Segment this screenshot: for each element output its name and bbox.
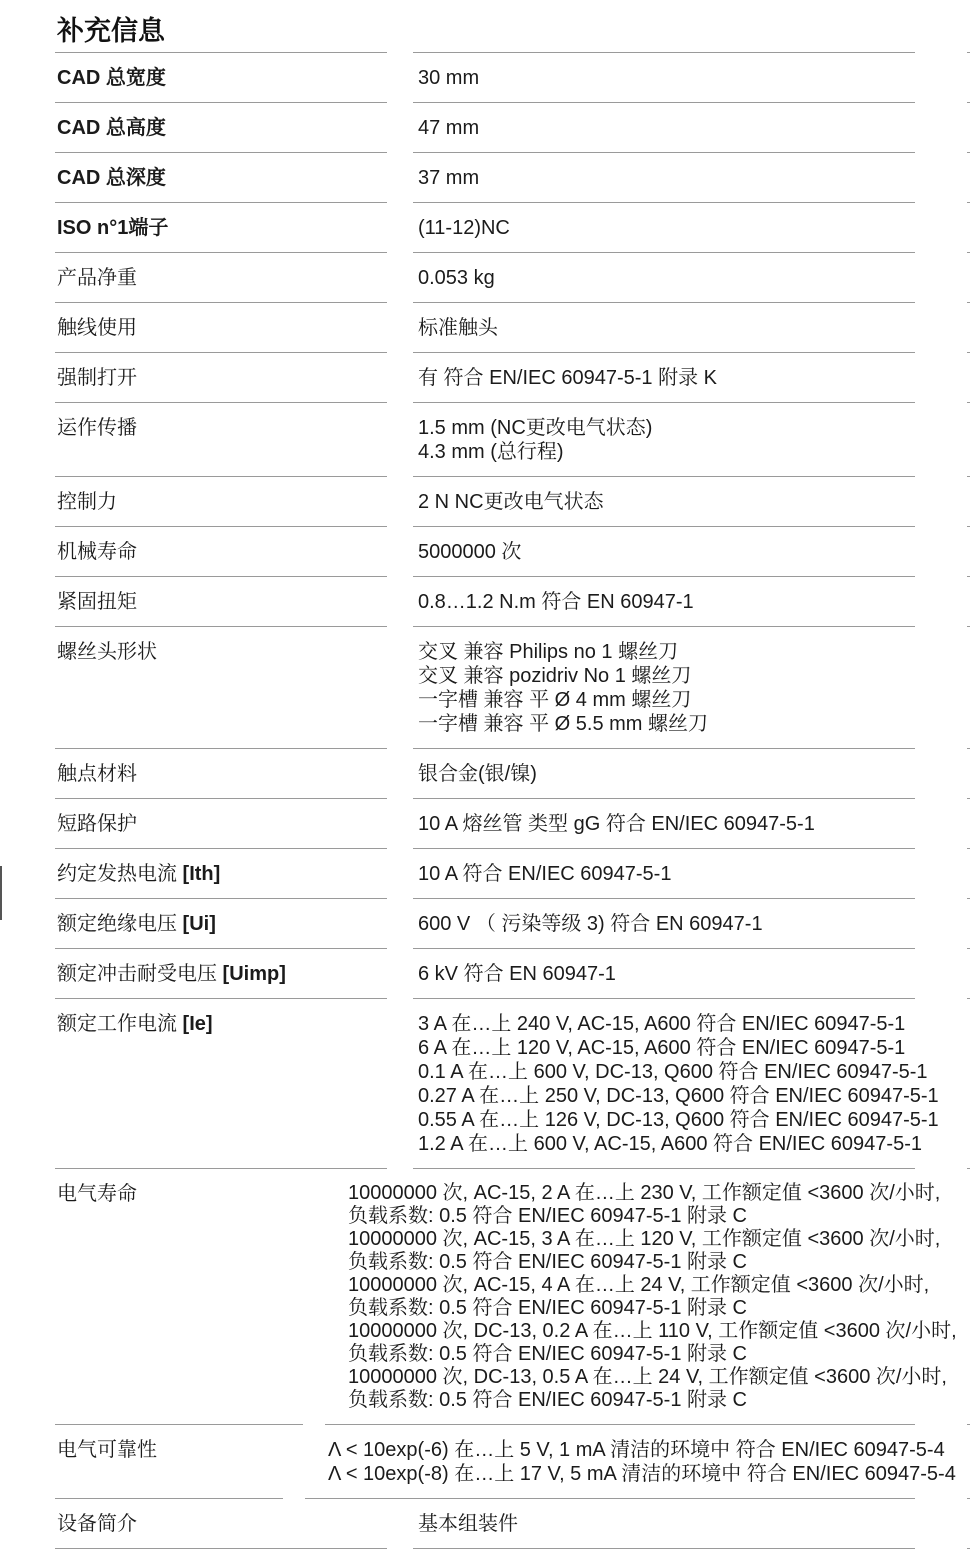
spec-label-text: 紧固扭矩 bbox=[57, 591, 137, 613]
supplementary-info-page: 补充信息 CAD 总宽度 30 mm CAD 总高度 47 mm CAD 总深度… bbox=[0, 0, 970, 1549]
spec-label: 触线使用 bbox=[55, 303, 387, 353]
spec-label-text: CAD 总高度 bbox=[57, 117, 166, 139]
spec-value-line: 银合金(银/镍) bbox=[418, 762, 915, 786]
spec-value-line: 0.27 A 在…上 250 V, DC-13, Q600 符合 EN/IEC … bbox=[418, 1084, 915, 1108]
spec-value-line: 6 A 在…上 120 V, AC-15, A600 符合 EN/IEC 609… bbox=[418, 1036, 915, 1060]
spec-row: 产品净重 0.053 kg bbox=[55, 253, 970, 303]
spec-value: 10 A 符合 EN/IEC 60947-5-1 bbox=[413, 849, 915, 899]
spec-value: 47 mm bbox=[413, 103, 915, 153]
spec-label-text: 额定绝缘电压 bbox=[57, 913, 177, 935]
spec-value-line: 负载系数: 0.5 符合 EN/IEC 60947-5-1 附录 C bbox=[348, 1343, 915, 1366]
spec-label: CAD 总宽度 bbox=[55, 53, 387, 103]
spec-label-text: 触点材料 bbox=[57, 763, 137, 785]
spec-value: 2 N NC更改电气状态 bbox=[413, 477, 915, 527]
spec-label: CAD 总深度 bbox=[55, 153, 387, 203]
page-title: 补充信息 bbox=[57, 16, 387, 46]
spec-value: 0.053 kg bbox=[413, 253, 915, 303]
spec-value-line: 0.053 kg bbox=[418, 266, 915, 290]
spec-value-line: 交叉 兼容 pozidriv No 1 螺丝刀 bbox=[418, 664, 915, 688]
spec-value-line: 5000000 次 bbox=[418, 540, 915, 564]
spec-label: 额定工作电流 [Ie] bbox=[55, 999, 387, 1169]
spec-value: 10000000 次, AC-15, 2 A 在…上 230 V, 工作额定值 … bbox=[325, 1169, 915, 1425]
spec-row: 触线使用 标准触头 bbox=[55, 303, 970, 353]
spec-row: 运作传播 1.5 mm (NC更改电气状态)4.3 mm (总行程) bbox=[55, 403, 970, 477]
spec-row: 约定发热电流 [Ith] 10 A 符合 EN/IEC 60947-5-1 bbox=[55, 849, 970, 899]
spec-label: 短路保护 bbox=[55, 799, 387, 849]
spec-label-text: 运作传播 bbox=[57, 417, 137, 439]
spec-label: 电气可靠性 bbox=[55, 1425, 283, 1499]
spec-value-line: 37 mm bbox=[418, 166, 915, 190]
spec-row: 螺丝头形状 交叉 兼容 Philips no 1 螺丝刀交叉 兼容 pozidr… bbox=[55, 627, 970, 749]
spec-label-symbol: [Ith] bbox=[177, 863, 220, 885]
spec-value-line: 0.1 A 在…上 600 V, DC-13, Q600 符合 EN/IEC 6… bbox=[418, 1060, 915, 1084]
spec-label-text: 短路保护 bbox=[57, 813, 137, 835]
spec-label-text: 控制力 bbox=[57, 491, 117, 513]
spec-value-line: 47 mm bbox=[418, 116, 915, 140]
spec-row: 触点材料 银合金(银/镍) bbox=[55, 749, 970, 799]
spec-label: 额定绝缘电压 [Ui] bbox=[55, 899, 387, 949]
spec-label: 机械寿命 bbox=[55, 527, 387, 577]
section-header-cell: 补充信息 bbox=[55, 0, 387, 53]
spec-label-text: 设备简介 bbox=[57, 1513, 137, 1535]
spec-label: CAD 总高度 bbox=[55, 103, 387, 153]
spec-value: 30 mm bbox=[413, 53, 915, 103]
spec-label-text: 额定冲击耐受电压 bbox=[57, 963, 217, 985]
spec-value-line: 标准触头 bbox=[418, 316, 915, 340]
spec-value-line: 基本组装件 bbox=[418, 1512, 915, 1536]
spec-value-line: 负载系数: 0.5 符合 EN/IEC 60947-5-1 附录 C bbox=[348, 1251, 915, 1274]
section-header: 补充信息 bbox=[55, 0, 970, 53]
spec-value-line: 1.2 A 在…上 600 V, AC-15, A600 符合 EN/IEC 6… bbox=[418, 1132, 915, 1156]
spec-label: 约定发热电流 [Ith] bbox=[55, 849, 387, 899]
spec-value-line: (11-12)NC bbox=[418, 216, 915, 240]
spec-label: 螺丝头形状 bbox=[55, 627, 387, 749]
spec-value-line: Λ < 10exp(-6) 在…上 5 V, 1 mA 清洁的环境中 符合 EN… bbox=[328, 1438, 915, 1462]
spec-value-line: 1.5 mm (NC更改电气状态) bbox=[418, 416, 915, 440]
left-edge-artifact bbox=[0, 866, 2, 920]
spec-value: 0.8…1.2 N.m 符合 EN 60947-1 bbox=[413, 577, 915, 627]
spec-value-line: 30 mm bbox=[418, 66, 915, 90]
spec-row: 机械寿命 5000000 次 bbox=[55, 527, 970, 577]
spec-table: CAD 总宽度 30 mm CAD 总高度 47 mm CAD 总深度 37 m… bbox=[0, 53, 970, 1549]
spec-row: 电气可靠性 Λ < 10exp(-6) 在…上 5 V, 1 mA 清洁的环境中… bbox=[55, 1425, 970, 1499]
spec-value: 1.5 mm (NC更改电气状态)4.3 mm (总行程) bbox=[413, 403, 915, 477]
spec-label: 产品净重 bbox=[55, 253, 387, 303]
spec-label-text: 约定发热电流 bbox=[57, 863, 177, 885]
spec-value-line: 10000000 次, AC-15, 3 A 在…上 120 V, 工作额定值 … bbox=[348, 1228, 915, 1251]
spec-row: 紧固扭矩 0.8…1.2 N.m 符合 EN 60947-1 bbox=[55, 577, 970, 627]
spec-label-text: 强制打开 bbox=[57, 367, 137, 389]
spec-value-line: 负载系数: 0.5 符合 EN/IEC 60947-5-1 附录 C bbox=[348, 1389, 915, 1412]
spec-value: 交叉 兼容 Philips no 1 螺丝刀交叉 兼容 pozidriv No … bbox=[413, 627, 915, 749]
section-header-divider bbox=[413, 0, 915, 53]
spec-label: 紧固扭矩 bbox=[55, 577, 387, 627]
spec-row: CAD 总宽度 30 mm bbox=[55, 53, 970, 103]
spec-label: 控制力 bbox=[55, 477, 387, 527]
spec-value: 10 A 熔丝管 类型 gG 符合 EN/IEC 60947-5-1 bbox=[413, 799, 915, 849]
spec-label-text: 触线使用 bbox=[57, 317, 137, 339]
spec-row: 额定工作电流 [Ie] 3 A 在…上 240 V, AC-15, A600 符… bbox=[55, 999, 970, 1169]
spec-label: 运作传播 bbox=[55, 403, 387, 477]
spec-value-line: 0.55 A 在…上 126 V, DC-13, Q600 符合 EN/IEC … bbox=[418, 1108, 915, 1132]
spec-label-symbol: [Ui] bbox=[177, 913, 216, 935]
spec-label-text: 螺丝头形状 bbox=[57, 641, 157, 663]
spec-value: 6 kV 符合 EN 60947-1 bbox=[413, 949, 915, 999]
spec-value-line: 10000000 次, DC-13, 0.5 A 在…上 24 V, 工作额定值… bbox=[348, 1366, 915, 1389]
spec-row: 设备简介 基本组装件 bbox=[55, 1499, 970, 1549]
spec-row: 控制力 2 N NC更改电气状态 bbox=[55, 477, 970, 527]
spec-value-line: 10 A 熔丝管 类型 gG 符合 EN/IEC 60947-5-1 bbox=[418, 812, 915, 836]
spec-value: (11-12)NC bbox=[413, 203, 915, 253]
spec-value: 有 符合 EN/IEC 60947-5-1 附录 K bbox=[413, 353, 915, 403]
spec-value-line: 有 符合 EN/IEC 60947-5-1 附录 K bbox=[418, 366, 915, 390]
spec-value-line: 一字槽 兼容 平 Ø 5.5 mm 螺丝刀 bbox=[418, 712, 915, 736]
spec-value: 银合金(银/镍) bbox=[413, 749, 915, 799]
spec-value: 37 mm bbox=[413, 153, 915, 203]
spec-value-line: 10000000 次, DC-13, 0.2 A 在…上 110 V, 工作额定… bbox=[348, 1320, 915, 1343]
spec-label-text: CAD 总宽度 bbox=[57, 67, 166, 89]
spec-row: 额定冲击耐受电压 [Uimp] 6 kV 符合 EN 60947-1 bbox=[55, 949, 970, 999]
spec-value-line: 一字槽 兼容 平 Ø 4 mm 螺丝刀 bbox=[418, 688, 915, 712]
spec-value-line: 3 A 在…上 240 V, AC-15, A600 符合 EN/IEC 609… bbox=[418, 1012, 915, 1036]
spec-label-text: 电气寿命 bbox=[57, 1183, 137, 1205]
spec-label-text: ISO n°1端子 bbox=[57, 217, 168, 239]
spec-label: 设备简介 bbox=[55, 1499, 387, 1549]
spec-label-symbol: [Ie] bbox=[177, 1013, 213, 1035]
spec-value-line: 600 V （ 污染等级 3) 符合 EN 60947-1 bbox=[418, 912, 915, 936]
spec-value-line: 交叉 兼容 Philips no 1 螺丝刀 bbox=[418, 640, 915, 664]
spec-value: 3 A 在…上 240 V, AC-15, A600 符合 EN/IEC 609… bbox=[413, 999, 915, 1169]
spec-label-text: 电气可靠性 bbox=[57, 1439, 157, 1461]
spec-value-line: 负载系数: 0.5 符合 EN/IEC 60947-5-1 附录 C bbox=[348, 1205, 915, 1228]
spec-label: 额定冲击耐受电压 [Uimp] bbox=[55, 949, 387, 999]
spec-value-line: 10000000 次, AC-15, 4 A 在…上 24 V, 工作额定值 <… bbox=[348, 1274, 915, 1297]
spec-label: ISO n°1端子 bbox=[55, 203, 387, 253]
spec-row: ISO n°1端子 (11-12)NC bbox=[55, 203, 970, 253]
spec-label: 触点材料 bbox=[55, 749, 387, 799]
spec-value-line: 6 kV 符合 EN 60947-1 bbox=[418, 962, 915, 986]
spec-value-line: 0.8…1.2 N.m 符合 EN 60947-1 bbox=[418, 590, 915, 614]
spec-row: 额定绝缘电压 [Ui] 600 V （ 污染等级 3) 符合 EN 60947-… bbox=[55, 899, 970, 949]
spec-value: 基本组装件 bbox=[413, 1499, 915, 1549]
spec-value: 5000000 次 bbox=[413, 527, 915, 577]
spec-row: 短路保护 10 A 熔丝管 类型 gG 符合 EN/IEC 60947-5-1 bbox=[55, 799, 970, 849]
spec-value-line: 4.3 mm (总行程) bbox=[418, 440, 915, 464]
spec-value-line: 2 N NC更改电气状态 bbox=[418, 490, 915, 514]
spec-label-text: 额定工作电流 bbox=[57, 1013, 177, 1035]
spec-value-line: 负载系数: 0.5 符合 EN/IEC 60947-5-1 附录 C bbox=[348, 1297, 915, 1320]
spec-value: 标准触头 bbox=[413, 303, 915, 353]
spec-value: Λ < 10exp(-6) 在…上 5 V, 1 mA 清洁的环境中 符合 EN… bbox=[305, 1425, 915, 1499]
spec-row: CAD 总高度 47 mm bbox=[55, 103, 970, 153]
spec-label: 电气寿命 bbox=[55, 1169, 303, 1425]
spec-value: 600 V （ 污染等级 3) 符合 EN 60947-1 bbox=[413, 899, 915, 949]
spec-label: 强制打开 bbox=[55, 353, 387, 403]
spec-label-symbol: [Uimp] bbox=[217, 963, 286, 985]
spec-label-text: CAD 总深度 bbox=[57, 167, 166, 189]
spec-row: CAD 总深度 37 mm bbox=[55, 153, 970, 203]
spec-label-text: 机械寿命 bbox=[57, 541, 137, 563]
spec-value-line: 10 A 符合 EN/IEC 60947-5-1 bbox=[418, 862, 915, 886]
spec-value-line: Λ < 10exp(-8) 在…上 17 V, 5 mA 清洁的环境中 符合 E… bbox=[328, 1462, 915, 1486]
spec-row: 电气寿命 10000000 次, AC-15, 2 A 在…上 230 V, 工… bbox=[55, 1169, 970, 1425]
spec-label-text: 产品净重 bbox=[57, 267, 137, 289]
spec-row: 强制打开 有 符合 EN/IEC 60947-5-1 附录 K bbox=[55, 353, 970, 403]
spec-value-line: 10000000 次, AC-15, 2 A 在…上 230 V, 工作额定值 … bbox=[348, 1182, 915, 1205]
